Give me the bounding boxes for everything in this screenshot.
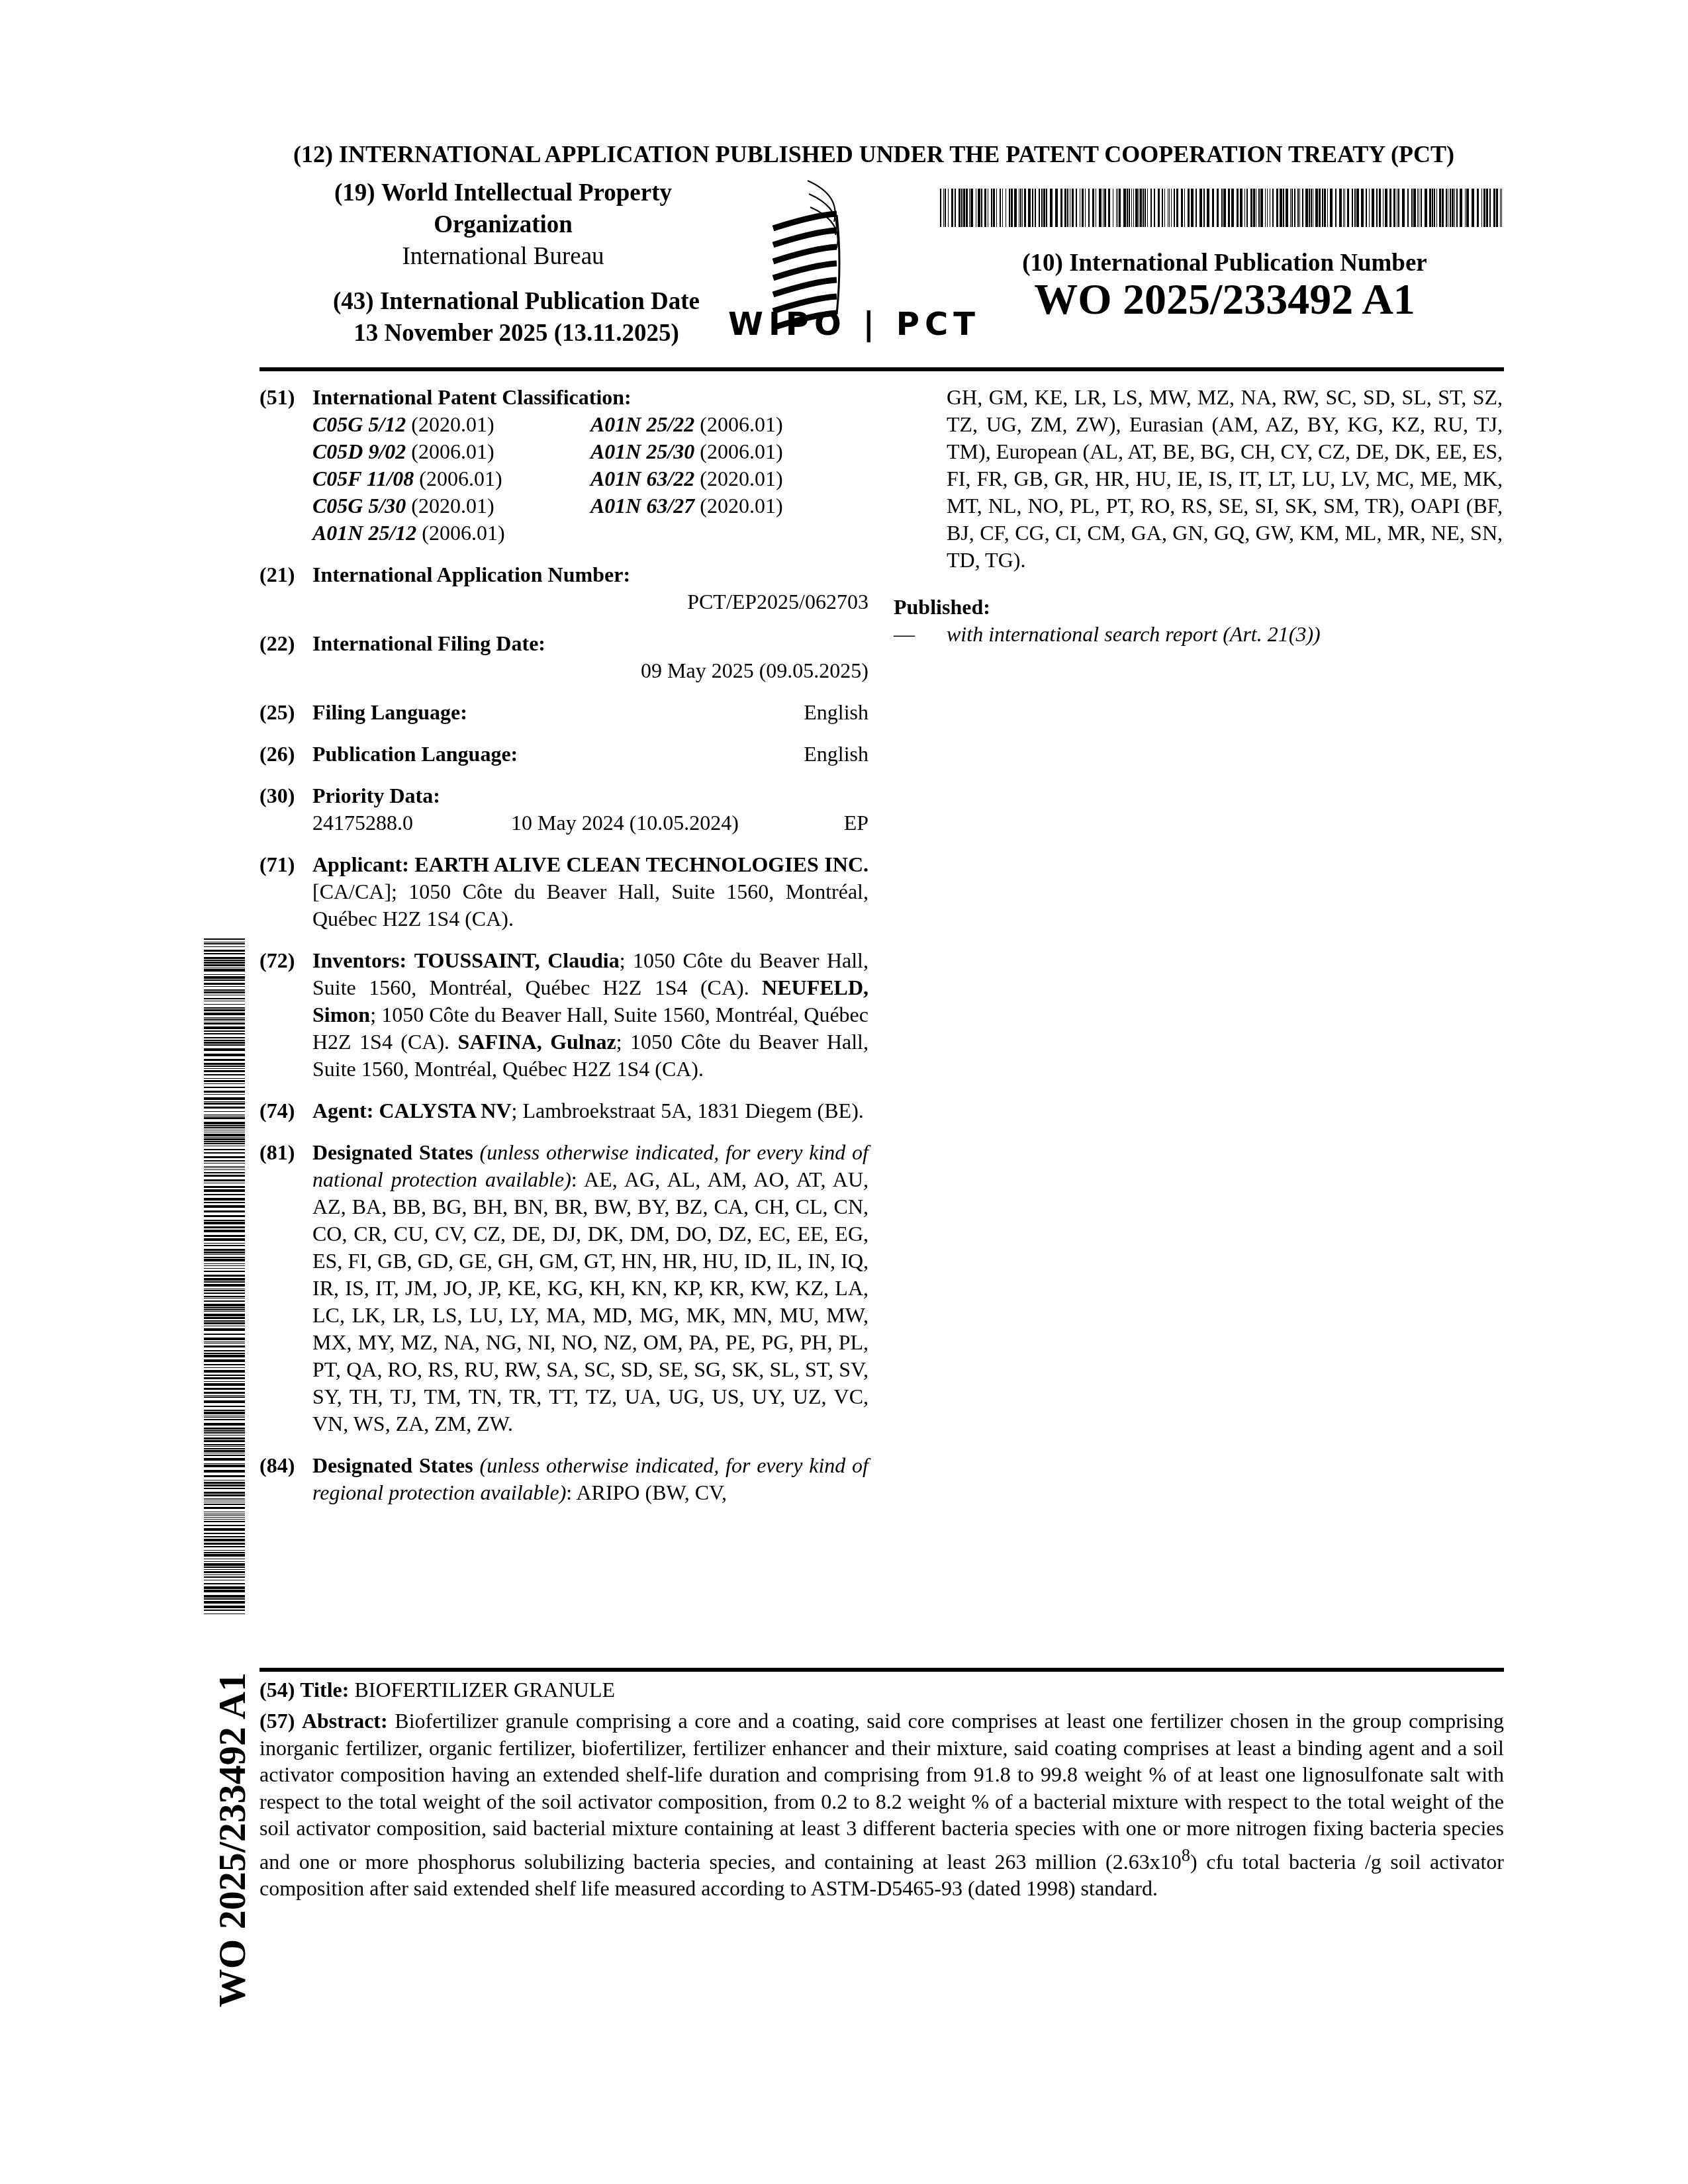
office-bureau: International Bureau xyxy=(285,241,722,273)
ipc-code-version: (2006.01) xyxy=(419,467,502,490)
ipc-code-version: (2006.01) xyxy=(700,439,782,463)
ipc-code-symbol: C05F 11/08 xyxy=(312,467,414,490)
ipc-code-list: C05G 5/12 (2020.01)A01N 25/22 (2006.01)C… xyxy=(312,411,868,547)
field-designated-states-national: (81) Designated States (unless otherwise… xyxy=(259,1139,868,1437)
ipc-code: C05D 9/02 (2006.01) xyxy=(312,438,590,465)
field-inventors: (72) Inventors: TOUSSAINT, Claudia; 1050… xyxy=(259,947,868,1083)
priority-application-number: 24175288.0 xyxy=(312,809,511,837)
field-priority-data: (30) Priority Data: 24175288.0 10 May 20… xyxy=(259,782,868,837)
field-number: (21) xyxy=(259,561,312,615)
ipc-code-version: (2006.01) xyxy=(411,439,494,463)
field-filing-language: (25) Filing Language: English xyxy=(259,699,868,726)
priority-country: EP xyxy=(763,809,868,837)
applicant-address: [CA/CA]; 1050 Côte du Beaver Hall, Suite… xyxy=(312,880,868,931)
inventor-name: TOUSSAINT, Claudia xyxy=(414,948,620,972)
ipc-code-version: (2020.01) xyxy=(700,494,782,518)
field-number: (22) xyxy=(259,630,312,684)
regional-states-list-continued: GH, GM, KE, LR, LS, MW, MZ, NA, RW, SC, … xyxy=(947,384,1503,574)
regional-states-continued: GH, GM, KE, LR, LS, MW, MZ, NA, RW, SC, … xyxy=(894,384,1503,574)
ipc-code-symbol: A01N 25/22 xyxy=(590,412,694,436)
wordmark-divider: | xyxy=(847,306,896,343)
filing-language-value: English xyxy=(804,699,868,726)
ipc-code: A01N 25/12 (2006.01) xyxy=(312,520,590,547)
abstract-text: Biofertilizer granule comprising a core … xyxy=(259,1709,1504,1873)
field-number: (81) xyxy=(259,1139,312,1437)
agent-name: CALYSTA NV xyxy=(379,1099,511,1122)
document-type-heading: (12) INTERNATIONAL APPLICATION PUBLISHED… xyxy=(278,140,1470,168)
ipc-code-symbol: A01N 25/12 xyxy=(312,521,416,545)
ipc-code: A01N 25/30 (2006.01) xyxy=(590,438,868,465)
field-number: (71) xyxy=(259,851,312,933)
published-heading: Published: xyxy=(894,594,1503,621)
field-label: Abstract: xyxy=(302,1709,388,1733)
field-label: Publication Language: xyxy=(312,741,518,768)
field-label: Designated States xyxy=(312,1140,473,1164)
bibliographic-right-column: GH, GM, KE, LR, LS, MW, MZ, NA, RW, SC, … xyxy=(894,384,1503,648)
field-label: International Application Number: xyxy=(312,561,868,588)
field-number: (25) xyxy=(259,699,312,726)
ipc-code-symbol: A01N 63/22 xyxy=(590,467,694,490)
publication-number-label: (10) International Publication Number xyxy=(973,249,1476,277)
list-dash: — xyxy=(894,621,947,648)
field-number: (54) xyxy=(259,1678,295,1702)
ipc-code-symbol: C05G 5/12 xyxy=(312,412,406,436)
bibliographic-left-column: (51) International Patent Classification… xyxy=(259,384,868,1521)
issuing-office: (19) World Intellectual Property Organiz… xyxy=(285,177,722,273)
national-states-list: AE, AG, AL, AM, AO, AT, AU, AZ, BA, BB, … xyxy=(312,1167,868,1435)
ipc-code-version: (2020.01) xyxy=(411,494,494,518)
side-publication-number: WO 2025/233492 A1 xyxy=(212,1635,252,2045)
ipc-code: C05G 5/12 (2020.01) xyxy=(312,411,590,438)
abstract: (57) Abstract: Biofertilizer granule com… xyxy=(259,1707,1504,1901)
ipc-code-symbol: C05D 9/02 xyxy=(312,439,406,463)
field-label: Priority Data: xyxy=(312,782,868,809)
side-barcode-icon xyxy=(199,938,245,1615)
field-number: (51) xyxy=(259,384,312,547)
field-label: Applicant: xyxy=(312,852,409,876)
publication-date-value: 13 November 2025 (13.11.2025) xyxy=(305,318,728,349)
ipc-code-symbol: A01N 25/30 xyxy=(590,439,694,463)
field-number: (84) xyxy=(259,1452,312,1506)
applicant-name: EARTH ALIVE CLEAN TECHNOLOGIES INC. xyxy=(414,852,868,876)
barcode-icon xyxy=(940,189,1503,227)
application-number-value: PCT/EP2025/062703 xyxy=(312,588,868,615)
field-label: Inventors: xyxy=(312,948,406,972)
invention-title: (54) Title: BIOFERTILIZER GRANULE xyxy=(259,1678,615,1702)
abstract-exponent: 8 xyxy=(1182,1845,1190,1865)
publication-language-value: English xyxy=(804,741,868,768)
field-filing-date: (22) International Filing Date: 09 May 2… xyxy=(259,630,868,684)
field-publication-language: (26) Publication Language: English xyxy=(259,741,868,768)
field-ipc: (51) International Patent Classification… xyxy=(259,384,868,547)
wipo-wordmark: WIPO xyxy=(728,306,847,343)
field-label: Filing Language: xyxy=(312,699,467,726)
field-number: (57) xyxy=(259,1709,295,1733)
ipc-code-version: (2006.01) xyxy=(700,412,782,436)
field-label: Title: xyxy=(300,1678,349,1702)
field-number: (72) xyxy=(259,947,312,1083)
wipo-pct-wordmark: WIPO | PCT xyxy=(728,306,980,343)
abstract-divider xyxy=(259,1668,1504,1672)
field-number: (30) xyxy=(259,782,312,837)
field-number: (26) xyxy=(259,741,312,768)
office-name-line2: Organization xyxy=(285,209,722,241)
field-label: International Patent Classification: xyxy=(312,384,868,411)
ipc-code-symbol: A01N 63/27 xyxy=(590,494,694,518)
publication-date-label: (43) International Publication Date xyxy=(305,286,728,318)
publication-number: WO 2025/233492 A1 xyxy=(966,275,1483,325)
field-label: Agent: xyxy=(312,1099,373,1122)
field-label: Designated States xyxy=(312,1453,473,1477)
field-agent: (74) Agent: CALYSTA NV; Lambroekstraat 5… xyxy=(259,1097,868,1124)
field-number: (74) xyxy=(259,1097,312,1124)
ipc-code: C05F 11/08 (2006.01) xyxy=(312,465,590,492)
ipc-code: A01N 25/22 (2006.01) xyxy=(590,411,868,438)
header-divider xyxy=(259,367,1504,371)
ipc-code: A01N 63/22 (2020.01) xyxy=(590,465,868,492)
field-label: International Filing Date: xyxy=(312,630,868,657)
published-item-text: with international search report (Art. 2… xyxy=(947,621,1321,648)
field-designated-states-regional: (84) Designated States (unless otherwise… xyxy=(259,1452,868,1506)
inventor-name: SAFINA, Gulnaz xyxy=(458,1030,616,1054)
ipc-code-version: (2020.01) xyxy=(700,467,782,490)
publication-date-block: (43) International Publication Date 13 N… xyxy=(305,286,728,349)
title-value: BIOFERTILIZER GRANULE xyxy=(354,1678,615,1702)
ipc-code-symbol: C05G 5/30 xyxy=(312,494,406,518)
side-publication-number-text: WO 2025/233492 A1 xyxy=(210,1672,254,2007)
filing-date-value: 09 May 2025 (09.05.2025) xyxy=(312,657,868,684)
ipc-code-version: (2006.01) xyxy=(422,521,504,545)
priority-date: 10 May 2024 (10.05.2024) xyxy=(511,809,763,837)
ipc-code-version: (2020.01) xyxy=(411,412,494,436)
agent-address: ; Lambroekstraat 5A, 1831 Diegem (BE). xyxy=(511,1099,863,1122)
office-name-line1: World Intellectual Property xyxy=(381,179,672,206)
ipc-code: C05G 5/30 (2020.01) xyxy=(312,492,590,520)
field-applicant: (71) Applicant: EARTH ALIVE CLEAN TECHNO… xyxy=(259,851,868,933)
published-item: — with international search report (Art.… xyxy=(894,621,1503,648)
office-field-number: (19) xyxy=(334,179,375,206)
field-application-number: (21) International Application Number: P… xyxy=(259,561,868,615)
ipc-code: A01N 63/27 (2020.01) xyxy=(590,492,868,520)
regional-states-list-start: ARIPO (BW, CV, xyxy=(576,1480,727,1504)
